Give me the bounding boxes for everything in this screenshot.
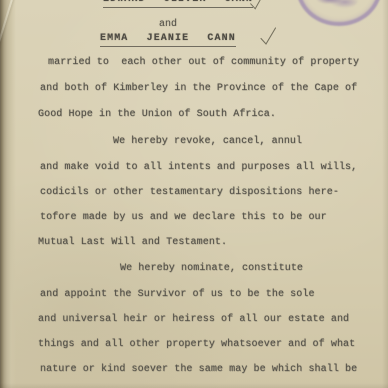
document-line: tofore made by us and we declare this to… <box>40 212 327 224</box>
purple-ink-stamp-icon <box>296 0 382 26</box>
stamp-inner-smudge <box>314 0 358 10</box>
paper-right-edge <box>382 0 388 388</box>
document-line: Mutual Last Will and Testament. <box>38 237 227 249</box>
document-line: things and all other property whatsoever… <box>38 339 355 351</box>
document-line: and make void to all intents and purpose… <box>40 162 357 174</box>
document-line: We hereby nominate, constitute <box>120 263 303 275</box>
paper-bottom-edge <box>0 383 388 388</box>
testator-name-1: EDWARD OLIVER CANN <box>103 0 253 8</box>
document-line: married to each other out of community o… <box>48 57 359 69</box>
paper-left-edge <box>0 0 16 388</box>
will-document-page: EDWARD OLIVER CANN and EMMA JEANIE CANN … <box>0 0 388 388</box>
document-line: and both of Kimberley in the Province of… <box>40 83 357 95</box>
testator-name-2: EMMA JEANIE CANN <box>100 33 236 47</box>
document-line: We hereby revoke, cancel, annul <box>113 136 302 148</box>
check-icon <box>258 26 278 46</box>
document-line: and universal heir or heiress of all our… <box>38 314 349 326</box>
document-line: Good Hope in the Union of South Africa. <box>38 109 276 121</box>
paper-crease <box>0 0 14 59</box>
document-line: nature or kind soever the same may be wh… <box>40 364 357 376</box>
document-line: and appoint the Survivor of us to be the… <box>40 289 315 301</box>
heading-conjunction: and <box>159 19 177 30</box>
document-line: codicils or other testamentary dispositi… <box>40 187 339 199</box>
